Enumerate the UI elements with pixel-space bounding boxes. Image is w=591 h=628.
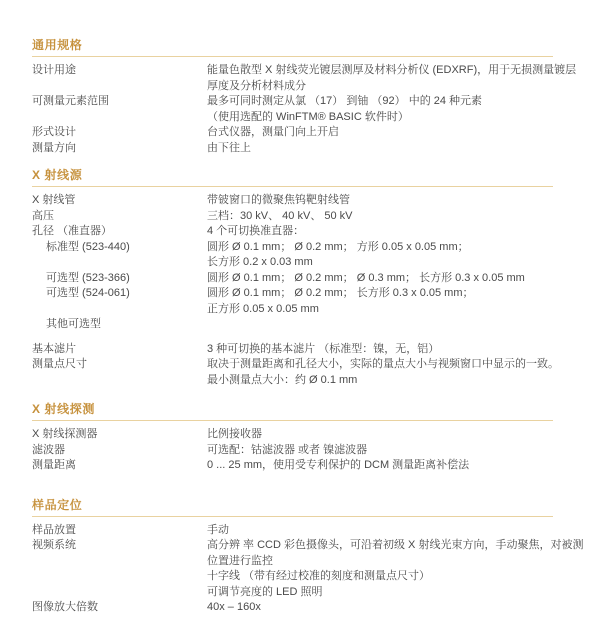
spec-value: 圆形 Ø 0.1 mm； Ø 0.2 mm； 长方形 0.3 x 0.05 mm… [207, 286, 559, 317]
row-measurement-distance: 测量距离 0 ... 25 mm，使用受专利保护的 DCM 测量距离补偿法 [32, 458, 559, 474]
spec-label: X 射线探测器 [32, 427, 207, 443]
row-high-voltage: 高压 三档：30 kV、 40 kV、 50 kV [32, 209, 559, 225]
spec-value: 能量色散型 X 射线荧光镀层测厚及材料分析仪 (EDXRF)，用于无损测量镀层 … [207, 63, 576, 94]
spec-label: 基本滤片 [32, 342, 207, 358]
spec-value: 可选配：钴滤波器 或者 镍滤波器 [207, 443, 559, 459]
spec-value: 台式仪器，测量门向上开启 [207, 125, 559, 141]
spec-value-line: 0 ... 25 mm，使用受专利保护的 DCM 测量距离补偿法 [207, 458, 559, 474]
row-collimator-optional-524-061: 可选型 (524-061) 圆形 Ø 0.1 mm； Ø 0.2 mm； 长方形… [32, 286, 559, 317]
spec-value: 由下往上 [207, 141, 559, 157]
spec-value-line: 位置进行监控 [207, 554, 583, 570]
spec-value-line: 高分辨 率 CCD 彩色摄像头，可沿着初级 X 射线光束方向，手动聚焦，对被测 [207, 538, 583, 554]
row-measurement-spot-size: 测量点尺寸 取决于测量距离和孔径大小，实际的量点大小与视频窗口中显示的一致。 最… [32, 357, 559, 388]
spec-value-line: 长方形 0.2 x 0.03 mm [207, 255, 559, 271]
spec-value [207, 317, 559, 333]
spec-value-line: 圆形 Ø 0.1 mm； Ø 0.2 mm； 长方形 0.3 x 0.05 mm… [207, 286, 559, 302]
spec-label: X 射线管 [32, 193, 207, 209]
row-sample-placement: 样品放置 手动 [32, 523, 559, 539]
row-measurement-direction: 测量方向 由下往上 [32, 141, 559, 157]
row-element-range: 可测量元素范围 最多可同时测定从氯 （17） 到铀 （92） 中的 24 种元素… [32, 94, 559, 125]
spec-value-line: 比例接收器 [207, 427, 559, 443]
row-video-system: 视频系统 高分辨 率 CCD 彩色摄像头，可沿着初级 X 射线光束方向，手动聚焦… [32, 538, 559, 600]
spec-label: 图像放大倍数 [32, 600, 207, 616]
spec-value: 三档：30 kV、 40 kV、 50 kV [207, 209, 559, 225]
spec-label: 可选型 (524-061) [32, 286, 207, 317]
row-collimator-standard-523-440: 标准型 (523-440) 圆形 Ø 0.1 mm； Ø 0.2 mm； 方形 … [32, 240, 559, 271]
spec-label: 测量方向 [32, 141, 207, 157]
section-title-sample-positioning: 样品定位 [32, 498, 553, 517]
spec-value-line: 取决于测量距离和孔径大小，实际的量点大小与视频窗口中显示的一致。 [207, 357, 559, 373]
row-aperture-collimator: 孔径 （准直器） 4 个可切换准直器： [32, 224, 559, 240]
spec-value-line: 台式仪器，测量门向上开启 [207, 125, 559, 141]
spec-value-line: 正方形 0.05 x 0.05 mm [207, 302, 559, 318]
spec-value-line: 圆形 Ø 0.1 mm； Ø 0.2 mm； Ø 0.3 mm； 长方形 0.3… [207, 271, 559, 287]
spec-value: 最多可同时测定从氯 （17） 到铀 （92） 中的 24 种元素 （使用选配的 … [207, 94, 559, 125]
spec-value-line: 最小测量点大小：约 Ø 0.1 mm [207, 373, 559, 389]
spec-label: 样品放置 [32, 523, 207, 539]
spec-value: 比例接收器 [207, 427, 559, 443]
spec-value: 4 个可切换准直器： [207, 224, 559, 240]
spec-value-line: 厚度及分析材料成分 [207, 79, 576, 95]
spec-value-line: 40x – 160x [207, 600, 559, 616]
spec-value-line: 由下往上 [207, 141, 559, 157]
spec-label: 测量点尺寸 [32, 357, 207, 388]
row-other-optional-collimator: 其他可选型 [32, 317, 559, 333]
spec-value: 取决于测量距离和孔径大小，实际的量点大小与视频窗口中显示的一致。 最小测量点大小… [207, 357, 559, 388]
section-sample-positioning: 样品定位 样品放置 手动 视频系统 高分辨 率 CCD 彩色摄像头，可沿着初级 … [32, 498, 559, 616]
spec-label: 视频系统 [32, 538, 207, 600]
section-xray-source: X 射线源 X 射线管 带铍窗口的微聚焦钨靶射线管 高压 三档：30 kV、 4… [32, 168, 559, 388]
spec-value-line: 带铍窗口的微聚焦钨靶射线管 [207, 193, 559, 209]
section-title-general-specs: 通用规格 [32, 38, 553, 57]
spec-label: 标准型 (523-440) [32, 240, 207, 271]
spec-label: 滤波器 [32, 443, 207, 459]
spec-label: 测量距离 [32, 458, 207, 474]
row-design-purpose: 设计用途 能量色散型 X 射线荧光镀层测厚及材料分析仪 (EDXRF)，用于无损… [32, 63, 559, 94]
spec-label: 孔径 （准直器） [32, 224, 207, 240]
spec-value-line: 3 种可切换的基本滤片 （标准型：镍，无，铝） [207, 342, 559, 358]
row-form-factor: 形式设计 台式仪器，测量门向上开启 [32, 125, 559, 141]
spec-value: 3 种可切换的基本滤片 （标准型：镍，无，铝） [207, 342, 559, 358]
section-title-xray-detection: X 射线探测 [32, 402, 553, 421]
spec-value-line: （使用选配的 WinFTM® BASIC 软件时） [207, 110, 559, 126]
spec-value-line: 手动 [207, 523, 559, 539]
spec-value-line: 4 个可切换准直器： [207, 224, 559, 240]
spec-label: 可选型 (523-366) [32, 271, 207, 287]
spec-sheet-page: 通用规格 设计用途 能量色散型 X 射线荧光镀层测厚及材料分析仪 (EDXRF)… [0, 0, 591, 628]
spec-value: 手动 [207, 523, 559, 539]
spec-value-line: 圆形 Ø 0.1 mm； Ø 0.2 mm； 方形 0.05 x 0.05 mm… [207, 240, 559, 256]
spec-label: 设计用途 [32, 63, 207, 94]
spec-value-line: 可调节亮度的 LED 照明 [207, 585, 583, 601]
spec-label: 其他可选型 [32, 317, 207, 333]
spec-value: 带铍窗口的微聚焦钨靶射线管 [207, 193, 559, 209]
spec-value-line: 能量色散型 X 射线荧光镀层测厚及材料分析仪 (EDXRF)，用于无损测量镀层 [207, 63, 576, 79]
spec-value-line: 三档：30 kV、 40 kV、 50 kV [207, 209, 559, 225]
spec-label: 形式设计 [32, 125, 207, 141]
row-filter: 滤波器 可选配：钴滤波器 或者 镍滤波器 [32, 443, 559, 459]
spec-label: 可测量元素范围 [32, 94, 207, 125]
row-collimator-optional-523-366: 可选型 (523-366) 圆形 Ø 0.1 mm； Ø 0.2 mm； Ø 0… [32, 271, 559, 287]
spec-value: 0 ... 25 mm，使用受专利保护的 DCM 测量距离补偿法 [207, 458, 559, 474]
spec-value: 圆形 Ø 0.1 mm； Ø 0.2 mm； 方形 0.05 x 0.05 mm… [207, 240, 559, 271]
spec-value-line: 可选配：钴滤波器 或者 镍滤波器 [207, 443, 559, 459]
section-general-specs: 通用规格 设计用途 能量色散型 X 射线荧光镀层测厚及材料分析仪 (EDXRF)… [32, 38, 559, 156]
spec-value-line: 最多可同时测定从氯 （17） 到铀 （92） 中的 24 种元素 [207, 94, 559, 110]
spec-value: 圆形 Ø 0.1 mm； Ø 0.2 mm； Ø 0.3 mm； 长方形 0.3… [207, 271, 559, 287]
section-title-xray-source: X 射线源 [32, 168, 553, 187]
row-xray-tube: X 射线管 带铍窗口的微聚焦钨靶射线管 [32, 193, 559, 209]
section-xray-detection: X 射线探测 X 射线探测器 比例接收器 滤波器 可选配：钴滤波器 或者 镍滤波… [32, 402, 559, 474]
spec-value: 高分辨 率 CCD 彩色摄像头，可沿着初级 X 射线光束方向，手动聚焦，对被测 … [207, 538, 583, 600]
spec-value: 40x – 160x [207, 600, 559, 616]
spec-value-line: 十字线 （带有经过校准的刻度和测量点尺寸） [207, 569, 583, 585]
row-primary-filter: 基本滤片 3 种可切换的基本滤片 （标准型：镍，无，铝） [32, 342, 559, 358]
row-image-magnification: 图像放大倍数 40x – 160x [32, 600, 559, 616]
row-xray-detector: X 射线探测器 比例接收器 [32, 427, 559, 443]
spec-label: 高压 [32, 209, 207, 225]
